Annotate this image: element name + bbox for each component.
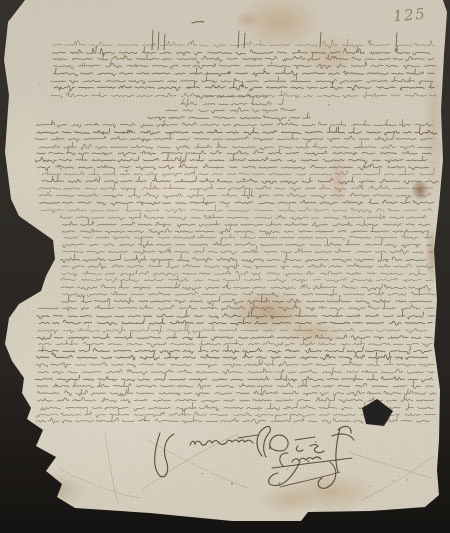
- script-line: [41, 175, 438, 184]
- ink-speck: [278, 482, 280, 484]
- script-line: [39, 189, 431, 199]
- ink-speck: [369, 485, 370, 486]
- script-line: [38, 339, 433, 347]
- script-line: [35, 373, 433, 382]
- script-line: [166, 108, 297, 113]
- script-line: [37, 380, 434, 389]
- script-line: [37, 126, 438, 135]
- ink-speck: [228, 71, 230, 73]
- script-line: [53, 60, 436, 69]
- folio-number: 125: [392, 5, 427, 26]
- ink-speck: [188, 88, 190, 90]
- ink-speck: [170, 264, 171, 265]
- script-line: [35, 133, 433, 142]
- script-line: [38, 345, 432, 354]
- ink-speck: [196, 61, 197, 62]
- ink-speck: [307, 460, 309, 462]
- script-line: [196, 96, 268, 99]
- script-line: [62, 269, 426, 276]
- ink-speck: [60, 168, 62, 170]
- signature-flourish: [155, 426, 354, 488]
- script-line: [38, 301, 434, 311]
- script-line: [39, 197, 434, 205]
- script-line: [52, 46, 430, 55]
- ink-speck: [286, 380, 288, 382]
- ink-speck: [161, 455, 162, 456]
- ink-speck: [202, 473, 203, 474]
- ink-speck: [286, 469, 288, 471]
- ink-speck: [159, 397, 160, 398]
- ink-speck: [199, 295, 201, 297]
- ink-speck: [51, 352, 53, 354]
- script-line: [63, 238, 432, 248]
- ink-speck: [282, 267, 284, 269]
- script-line: [53, 67, 434, 76]
- script-line: [62, 226, 429, 235]
- ink-speck: [315, 441, 317, 443]
- manuscript-ink-svg: [0, 0, 450, 533]
- ink-speck: [184, 98, 185, 99]
- script-line: [63, 246, 436, 255]
- script-line: [64, 232, 433, 240]
- script-line: [42, 167, 435, 176]
- ink-speck: [404, 142, 405, 143]
- ink-speck: [249, 89, 251, 91]
- ink-speck: [307, 219, 308, 220]
- ink-speck: [73, 350, 75, 352]
- script-line: [35, 153, 427, 163]
- script-line: [181, 97, 283, 106]
- script-line: [62, 295, 433, 305]
- ink-speck: [243, 178, 245, 180]
- script-line: [147, 112, 310, 120]
- script-line: [36, 358, 435, 367]
- ink-speck: [265, 409, 266, 410]
- body-text-lines: [35, 39, 439, 423]
- ink-speck: [270, 62, 272, 64]
- ink-speck: [428, 148, 429, 149]
- ink-speck: [243, 365, 244, 366]
- ink-speck: [293, 414, 294, 415]
- ink-speck: [425, 167, 426, 168]
- script-line: [38, 182, 433, 191]
- ink-speck: [147, 342, 148, 343]
- photograph-background: 125: [0, 0, 450, 533]
- script-line: [37, 332, 433, 341]
- ink-speck: [207, 227, 208, 228]
- ink-speck: [437, 279, 438, 280]
- crease-lines: [58, 432, 434, 504]
- ink-speck: [406, 479, 408, 481]
- ink-speck: [321, 335, 322, 336]
- ink-speck: [328, 104, 330, 106]
- ink-speck: [30, 202, 31, 203]
- script-line: [61, 281, 431, 290]
- script-line: [37, 309, 436, 319]
- script-line: [52, 39, 434, 48]
- script-line: [60, 253, 426, 263]
- script-line: [39, 317, 433, 326]
- ink-speck: [377, 51, 378, 52]
- ink-speck: [392, 480, 393, 481]
- ink-speck: [217, 420, 218, 421]
- script-line: [37, 163, 429, 170]
- ink-speck: [35, 416, 37, 418]
- script-line: [36, 351, 428, 360]
- script-line: [38, 367, 434, 375]
- ink-speck: [155, 277, 156, 278]
- ink-speck: [126, 170, 128, 172]
- script-line: [36, 119, 433, 127]
- script-line: [37, 324, 427, 334]
- script-line: [54, 81, 435, 91]
- script-line: [60, 275, 434, 283]
- ink-speck: [50, 191, 51, 192]
- ink-speck: [357, 265, 359, 267]
- ink-speck: [244, 158, 246, 160]
- ink-speck: [301, 248, 303, 250]
- script-line: [41, 204, 433, 213]
- ink-speck: [39, 84, 40, 85]
- ink-speck: [281, 376, 282, 377]
- ink-speck: [123, 132, 125, 134]
- ink-speck: [328, 387, 329, 388]
- script-line: [60, 212, 426, 220]
- ink-speck: [233, 314, 235, 316]
- ink-speck: [135, 162, 136, 163]
- ink-speck: [288, 119, 290, 121]
- ink-speck: [432, 394, 433, 395]
- ink-speck: [32, 337, 33, 338]
- script-line: [63, 219, 431, 227]
- script-line: [37, 387, 436, 396]
- ink-speck: [48, 483, 49, 484]
- script-line: [62, 288, 435, 297]
- ink-speck: [227, 205, 229, 207]
- script-line: [39, 141, 433, 150]
- ink-speck: [197, 62, 199, 64]
- ink-speck: [231, 482, 233, 484]
- ink-speck: [346, 141, 347, 142]
